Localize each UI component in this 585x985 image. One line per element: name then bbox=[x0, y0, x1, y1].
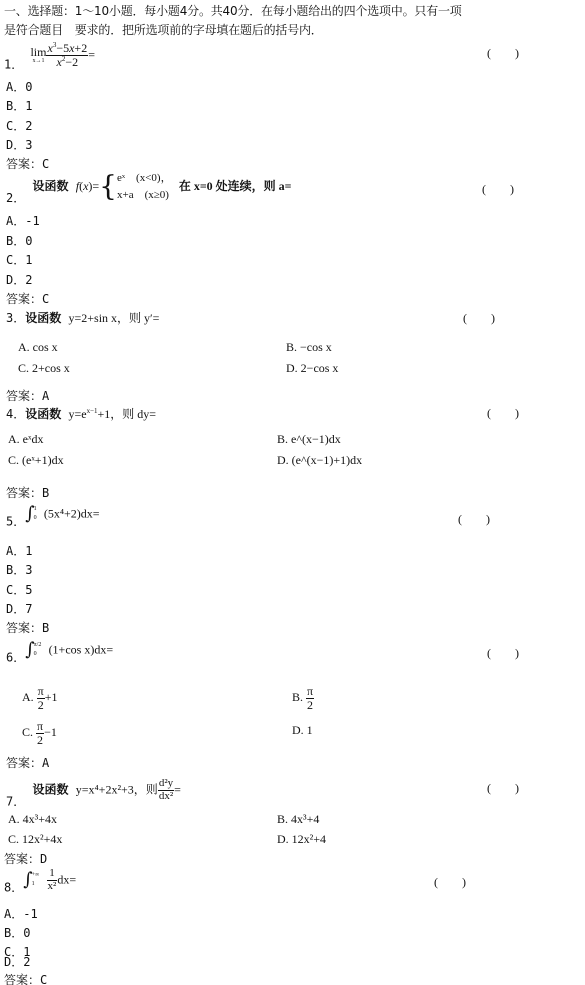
option-d: D．2 bbox=[4, 953, 30, 970]
answer-bracket: ( ) bbox=[463, 309, 495, 326]
option-d: D．2 bbox=[6, 271, 32, 288]
option-b: B. −cos x bbox=[286, 340, 332, 355]
option-a: A．-1 bbox=[6, 212, 40, 229]
question-1-stem: 1． lim x→1 x3−5x+2x2−2= bbox=[4, 42, 95, 73]
answer-text: 答案：A bbox=[6, 387, 49, 404]
option-c: C．5 bbox=[6, 581, 32, 598]
answer-bracket: ( ) bbox=[458, 510, 490, 527]
question-4-stem: 4．设函数 y=ex−1+1，则 dy= bbox=[6, 405, 156, 422]
question-5-stem: 5．∫10 (5x⁴+2)dx= bbox=[6, 505, 100, 530]
answer-text: 答案：B bbox=[6, 484, 49, 501]
option-b: B．3 bbox=[6, 561, 32, 578]
option-a: A．-1 bbox=[4, 905, 38, 922]
answer-text: 答案：D bbox=[4, 850, 47, 867]
question-7-stem: 7． 设函数 y=x⁴+2x²+3，则d²ydx²= bbox=[6, 778, 181, 810]
option-a: A. 4x³+4x bbox=[8, 812, 57, 827]
section-instructions-line1: 一、选择题：1～10小题．每小题4分。共40分．在每小题给出的四个选项中。只有一… bbox=[4, 2, 462, 19]
option-c: C. 12x²+4x bbox=[8, 832, 62, 847]
q1-fraction: x3−5x+2x2−2 bbox=[46, 42, 88, 68]
answer-bracket: ( ) bbox=[487, 779, 519, 796]
option-b: B．1 bbox=[6, 97, 32, 114]
question-8-stem: 8．∫+∞1 1x²dx= bbox=[4, 868, 76, 896]
answer-text: 答案：C bbox=[4, 971, 47, 985]
question-6-stem: 6．∫π/20 (1+cos x)dx= bbox=[6, 641, 113, 666]
option-b: B. 4x³+4 bbox=[277, 812, 319, 827]
lim-symbol: lim bbox=[30, 46, 46, 58]
answer-text: 答案：C bbox=[6, 290, 49, 307]
option-d: D. 1 bbox=[292, 723, 313, 738]
option-b: B. π2 bbox=[292, 685, 314, 711]
option-b: B．0 bbox=[4, 924, 30, 941]
option-a: A．1 bbox=[6, 542, 32, 559]
option-d: D．3 bbox=[6, 136, 32, 153]
lim-subscript: x→1 bbox=[30, 58, 46, 64]
answer-text: 答案：A bbox=[6, 754, 49, 771]
answer-bracket: ( ) bbox=[482, 180, 514, 197]
answer-bracket: ( ) bbox=[487, 404, 519, 421]
section-instructions-line2: 是符合题目 要求的．把所选项前的字母填在题后的括号内． bbox=[4, 21, 323, 38]
option-a: A．0 bbox=[6, 78, 32, 95]
answer-bracket: ( ) bbox=[487, 644, 519, 661]
option-c: C. π2−1 bbox=[22, 720, 57, 746]
option-c: C．2 bbox=[6, 117, 32, 134]
option-a: A. cos x bbox=[18, 340, 58, 355]
question-2-stem: 2． 设函数 f(x)={ eˣ (x<0)， x+a (x≥0) 在 x=0 … bbox=[6, 170, 292, 206]
option-c: C. (eˣ+1)dx bbox=[8, 453, 64, 468]
option-d: D. 2−cos x bbox=[286, 361, 338, 376]
answer-bracket: ( ) bbox=[487, 44, 519, 61]
answer-text: 答案：B bbox=[6, 619, 49, 636]
option-c: C．1 bbox=[6, 251, 32, 268]
option-d: D. (e^(x−1)+1)dx bbox=[277, 453, 362, 468]
answer-bracket: ( ) bbox=[434, 873, 466, 890]
option-a: A. π2+1 bbox=[22, 685, 58, 711]
option-b: B．0 bbox=[6, 232, 32, 249]
piecewise-cases: eˣ (x<0)， x+a (x≥0) bbox=[117, 170, 172, 203]
question-3-stem: 3．设函数 y=2+sin x，则 y′= bbox=[6, 309, 159, 326]
question-number: 1． bbox=[4, 58, 23, 72]
option-c: C. 2+cos x bbox=[18, 361, 70, 376]
option-a: A. eˣdx bbox=[8, 432, 43, 447]
option-d: D．7 bbox=[6, 600, 32, 617]
option-d: D. 12x²+4 bbox=[277, 832, 326, 847]
option-b: B. e^(x−1)dx bbox=[277, 432, 341, 447]
